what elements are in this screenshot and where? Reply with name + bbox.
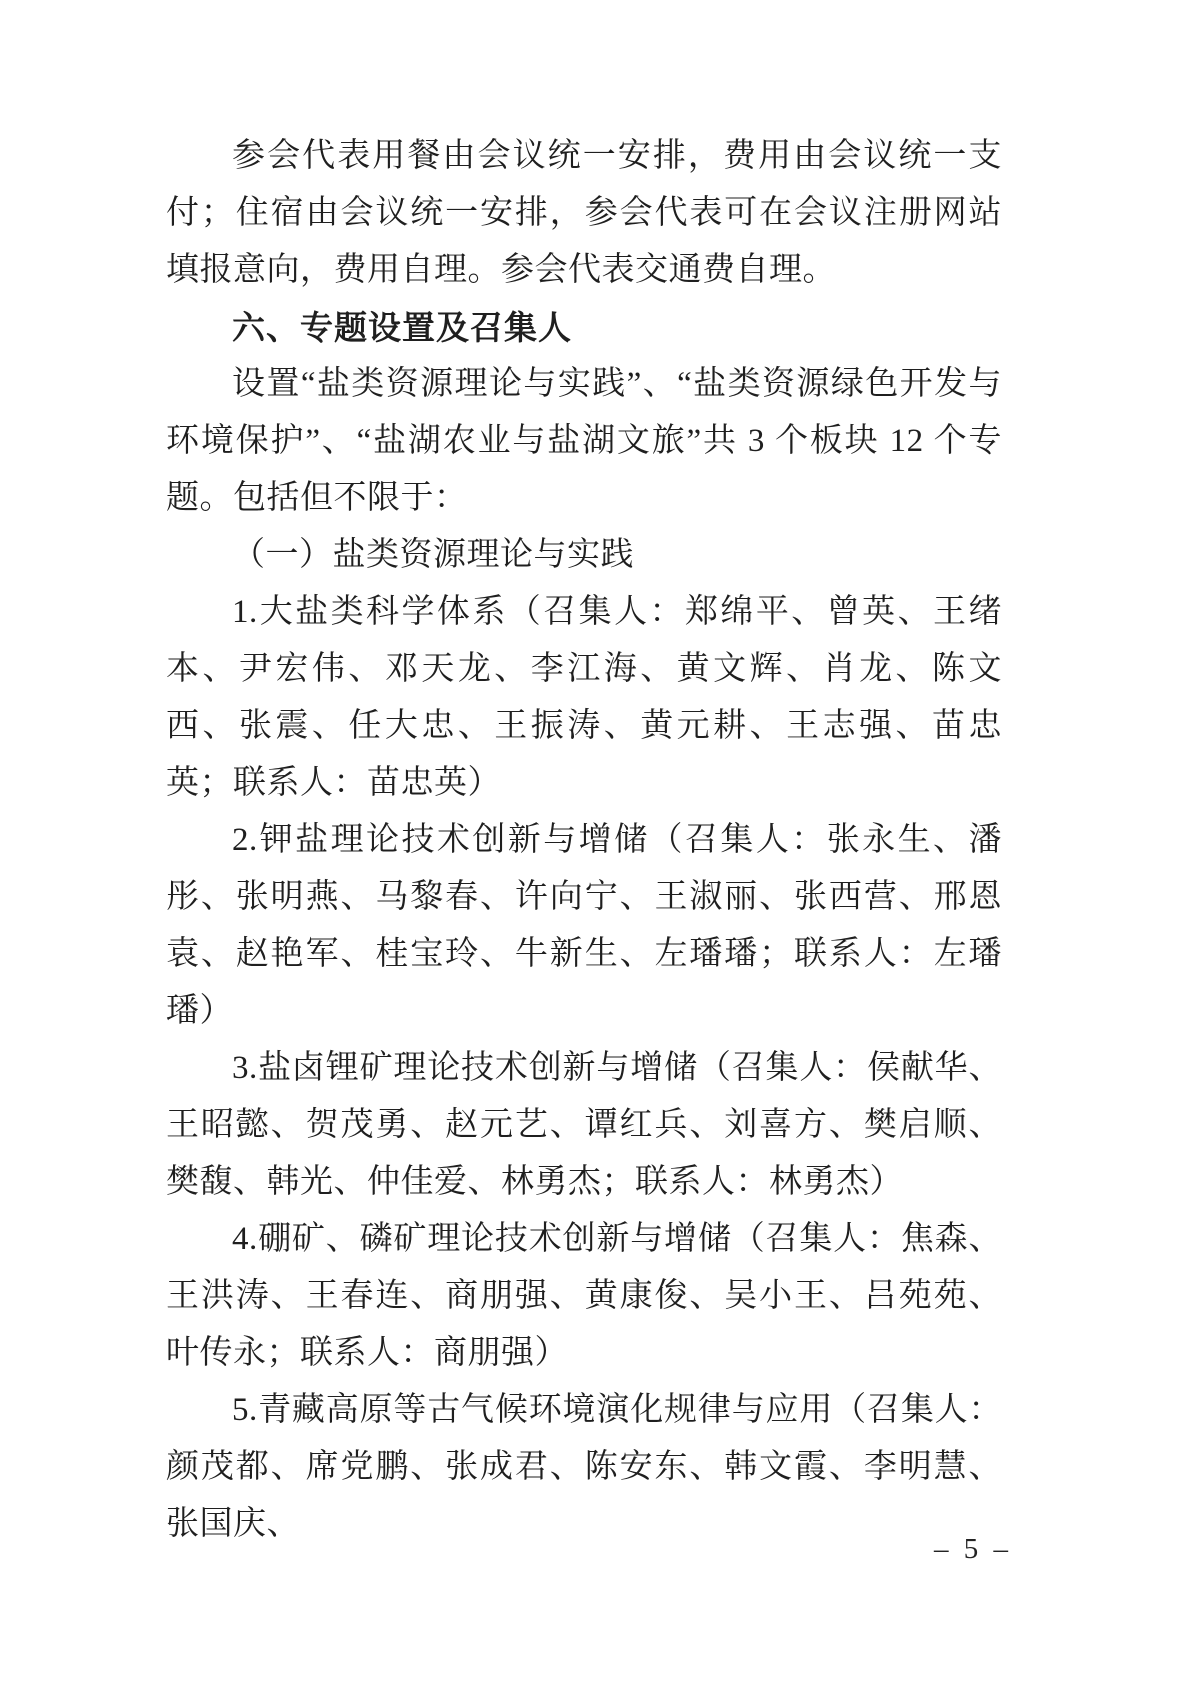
document-content: 参会代表用餐由会议统一安排，费用由会议统一支付；住宿由会议统一安排，参会代表可在… bbox=[166, 128, 1002, 1553]
topic-item-3: 3.盐卤锂矿理论技术创新与增储（召集人：侯献华、王昭懿、贺茂勇、赵元艺、谭红兵、… bbox=[166, 1040, 1002, 1211]
document-page: 参会代表用餐由会议统一安排，费用由会议统一支付；住宿由会议统一安排，参会代表可在… bbox=[0, 0, 1200, 1697]
section-heading: 六、专题设置及召集人 bbox=[166, 299, 1002, 356]
topic-item-1: 1.大盐类科学体系（召集人：郑绵平、曾英、王绪本、尹宏伟、邓天龙、李江海、黄文辉… bbox=[166, 584, 1002, 812]
topics-intro-paragraph: 设置“盐类资源理论与实践”、“盐类资源绿色开发与环境保护”、“盐湖农业与盐湖文旅… bbox=[166, 356, 1002, 527]
page-number: – 5 – bbox=[934, 1532, 1012, 1566]
topic-item-4: 4.硼矿、磷矿理论技术创新与增储（召集人：焦森、王洪涛、王春连、商朋强、黄康俊、… bbox=[166, 1211, 1002, 1382]
subsection-heading: （一）盐类资源理论与实践 bbox=[166, 527, 1002, 584]
topic-item-5: 5.青藏高原等古气候环境演化规律与应用（召集人：颜茂都、席党鹏、张成君、陈安东、… bbox=[166, 1382, 1002, 1553]
intro-paragraph: 参会代表用餐由会议统一安排，费用由会议统一支付；住宿由会议统一安排，参会代表可在… bbox=[166, 128, 1002, 299]
topic-item-2: 2.钾盐理论技术创新与增储（召集人：张永生、潘彤、张明燕、马黎春、许向宁、王淑丽… bbox=[166, 812, 1002, 1040]
